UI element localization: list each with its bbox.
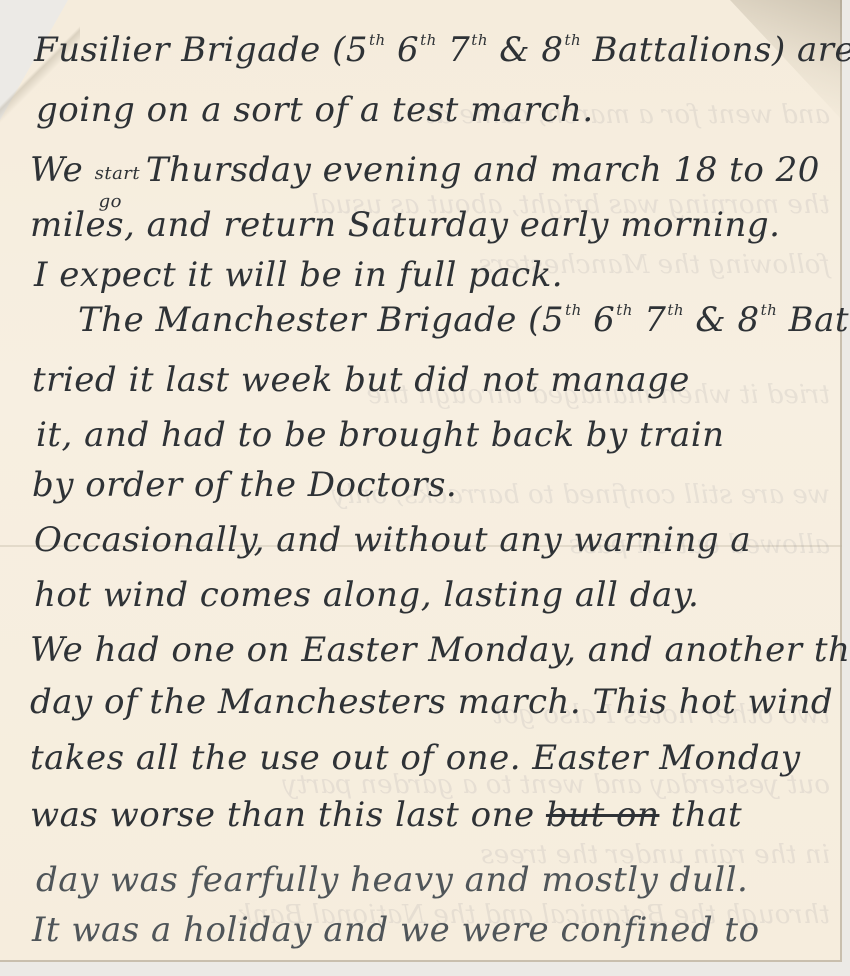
ordinal-suffix: th [761,301,778,319]
ordinal-suffix: th [565,31,582,49]
struck-out-text: but on [546,795,660,835]
line-text: Thursday evening and march 18 to 20 [146,150,820,190]
letter-line-7: tried it last week but did not manage [32,360,690,400]
line-text: Fusilier Brigade (5 [34,30,368,70]
ordinal-suffix: th [565,301,582,319]
line-text: 7 [633,300,666,340]
letter-scan: and went for a march, came at the mornin… [0,0,850,976]
letter-line-10: Occasionally, and without any warning a [34,520,751,560]
letter-line-2: going on a sort of a test march. [36,90,594,130]
line-text: & 8 [684,300,760,340]
letter-line-13: day of the Manchesters march. This hot w… [30,682,833,722]
ordinal-suffix: th [369,31,386,49]
line-text: The Manchester Brigade (5 [78,300,564,340]
letter-line-17: It was a holiday and we were confined to [32,910,760,950]
line-text: 6 [582,300,615,340]
ordinal-suffix: th [616,301,633,319]
line-text: 6 [386,30,419,70]
letter-line-4: miles, and return Saturday early morning… [30,205,780,245]
letter-line-9: by order of the Doctors. [32,465,457,505]
ordinal-suffix: th [667,301,684,319]
letter-line-15: was worse than this last one but on that [30,795,742,835]
ordinal-suffix: th [471,31,488,49]
line-text: Battalions) are [581,30,850,70]
inserted-word: start [95,163,141,184]
letter-line-12: We had one on Easter Monday, and another… [30,630,850,670]
letter-line-14: takes all the use out of one. Easter Mon… [30,738,801,778]
line-text: & 8 [488,30,564,70]
line-text: that [659,795,742,835]
letter-line-5: I expect it will be in full pack. [34,255,563,295]
line-text: 7 [437,30,470,70]
line-text: We [30,150,83,190]
line-text: was worse than this last one [30,795,546,835]
ordinal-suffix: th [420,31,437,49]
letter-line-6: The Manchester Brigade (5th 6th 7th & 8t… [78,300,850,340]
letter-line-16: day was fearfully heavy and mostly dull. [36,860,748,900]
letter-line-1: Fusilier Brigade (5th 6th 7th & 8th Batt… [34,30,850,70]
letter-line-11: hot wind comes along, lasting all day. [34,575,699,615]
letter-line-8: it, and had to be brought back by train [36,415,725,455]
line-text: Battalions) [777,300,850,340]
letter-line-3: We start go Thursday evening and march 1… [30,150,820,190]
